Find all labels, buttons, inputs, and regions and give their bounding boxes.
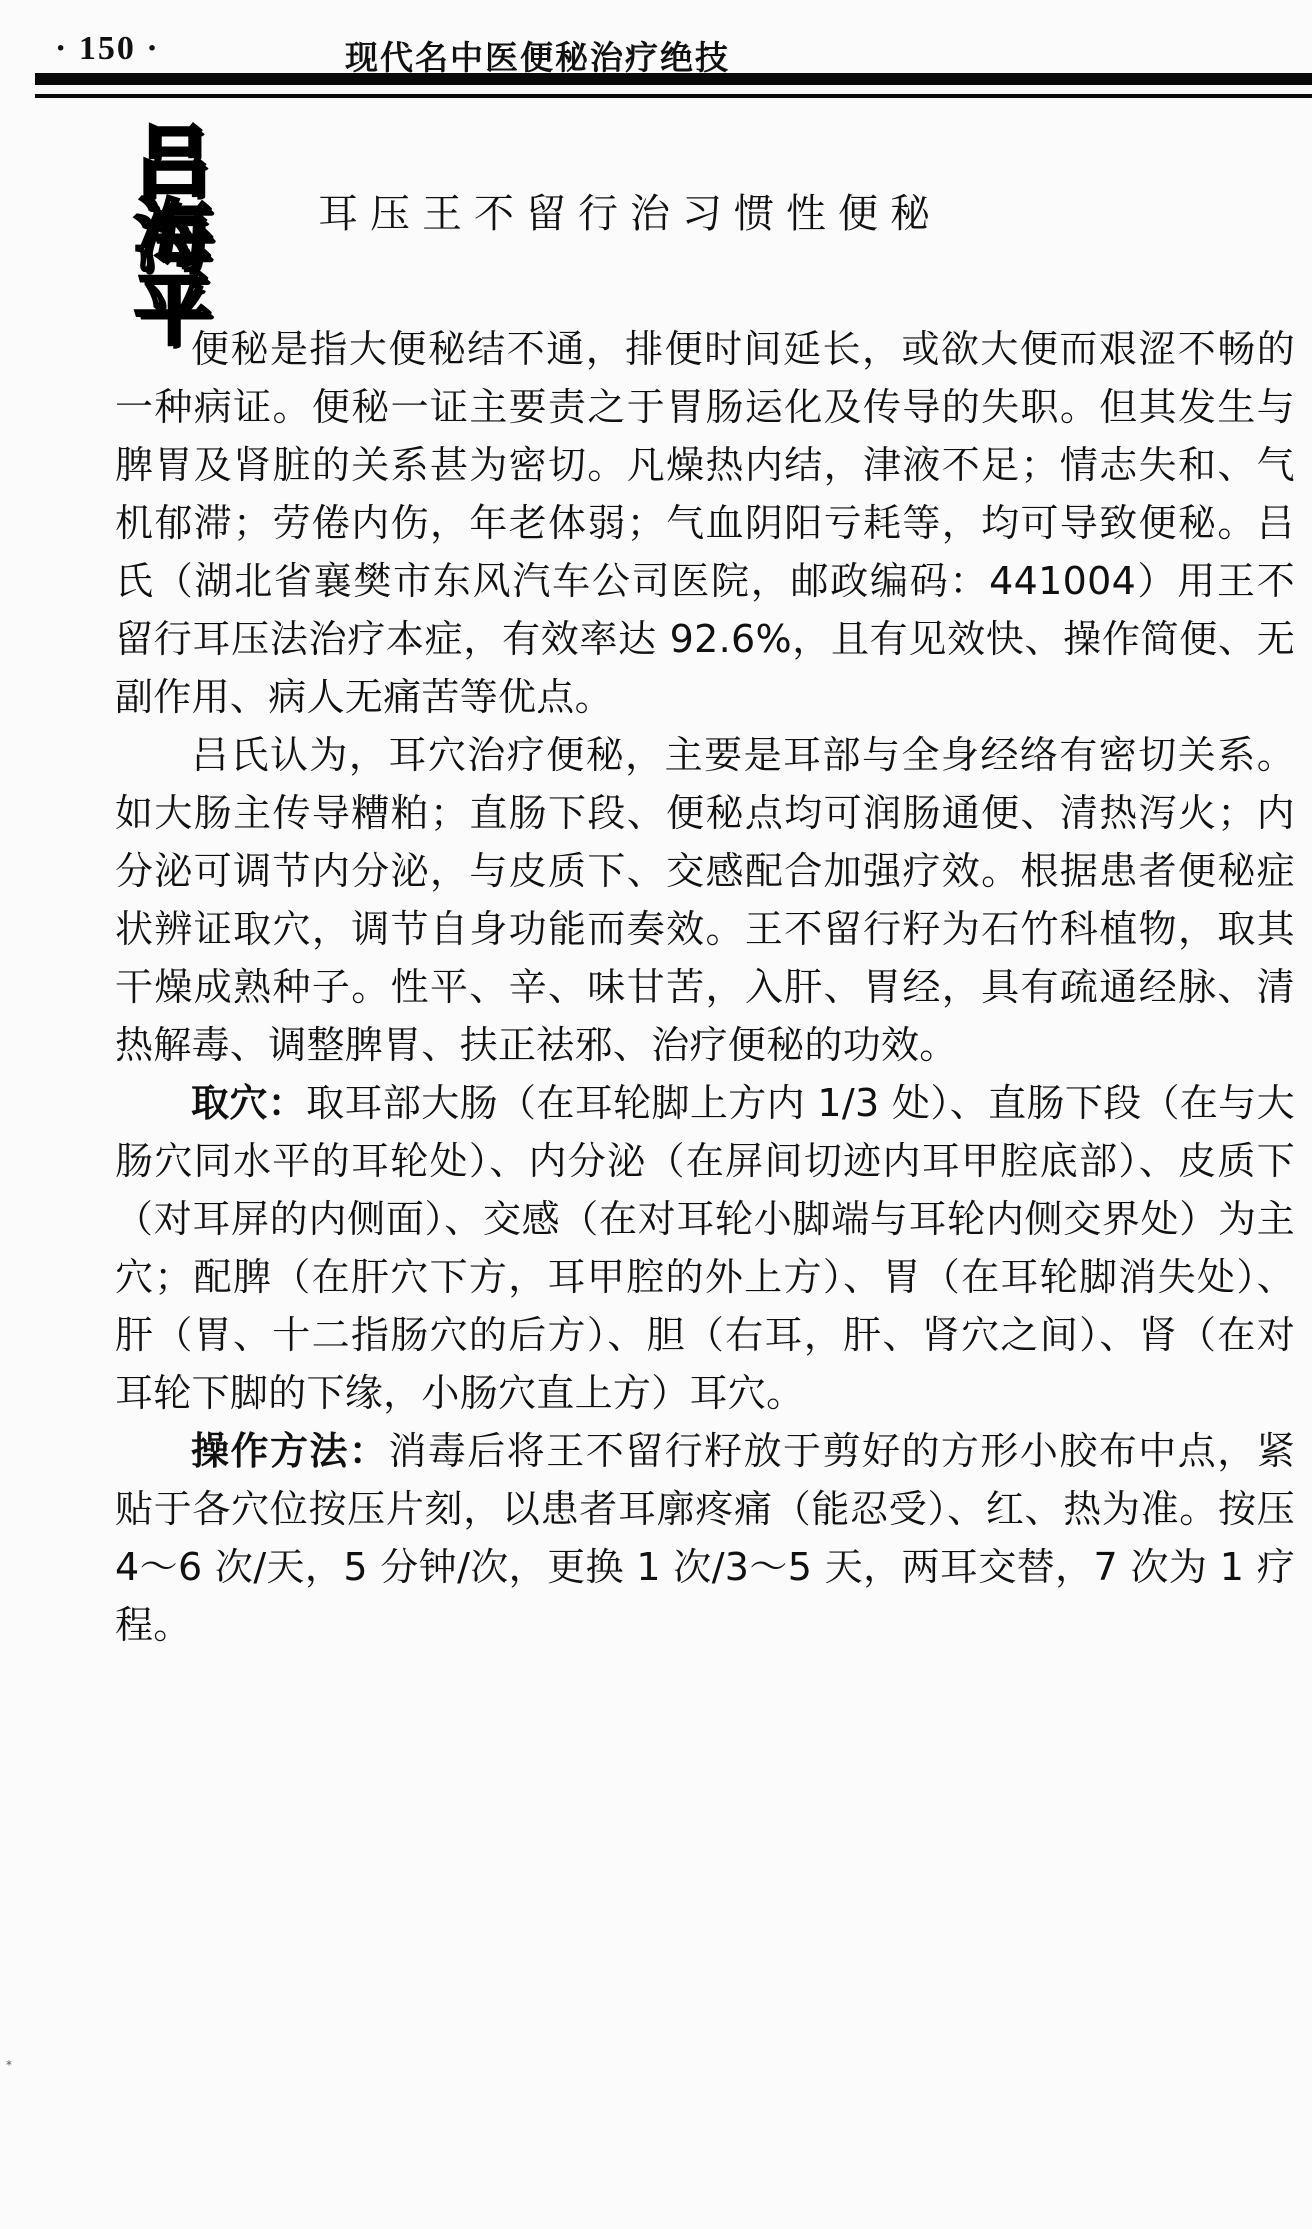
paragraph-text: 取耳部大肠（在耳轮脚上方内 1/3 处）、直肠下段（在与大肠穴同水平的耳轮处）、…: [115, 1081, 1295, 1415]
author-name-vertical: 吕 海 平: [128, 128, 218, 350]
paragraph-text: 吕氏认为，耳穴治疗便秘，主要是耳部与全身经络有密切关系。如大肠主传导糟粕；直肠下…: [115, 733, 1295, 1067]
header-rule-thin: [35, 94, 1312, 98]
author-char: 海: [128, 202, 218, 272]
paragraph-lead: 取穴：: [191, 1081, 306, 1125]
article-title: 耳压王不留行治习惯性便秘: [318, 182, 942, 239]
article-body: 便秘是指大便秘结不通，排便时间延长，或欲大便而艰涩不畅的一种病证。便秘一证主要责…: [115, 320, 1295, 1654]
paragraph: 取穴：取耳部大肠（在耳轮脚上方内 1/3 处）、直肠下段（在与大肠穴同水平的耳轮…: [115, 1074, 1295, 1422]
running-title: 现代名中医便秘治疗绝技: [345, 32, 730, 79]
paragraph: 吕氏认为，耳穴治疗便秘，主要是耳部与全身经络有密切关系。如大肠主传导糟粕；直肠下…: [115, 726, 1295, 1074]
paragraph: 操作方法：消毒后将王不留行籽放于剪好的方形小胶布中点，紧贴于各穴位按压片刻，以患…: [115, 1422, 1295, 1654]
page-header: · 150 · 现代名中医便秘治疗绝技: [0, 0, 1312, 100]
scan-speck: *: [6, 2058, 12, 2072]
paragraph-text: 便秘是指大便秘结不通，排便时间延长，或欲大便而艰涩不畅的一种病证。便秘一证主要责…: [115, 327, 1295, 719]
header-rule-thick: [35, 73, 1312, 85]
author-char: 吕: [128, 128, 218, 198]
paragraph-lead: 操作方法：: [191, 1429, 388, 1473]
paragraph: 便秘是指大便秘结不通，排便时间延长，或欲大便而艰涩不畅的一种病证。便秘一证主要责…: [115, 320, 1295, 726]
page-number: · 150 ·: [55, 30, 160, 68]
